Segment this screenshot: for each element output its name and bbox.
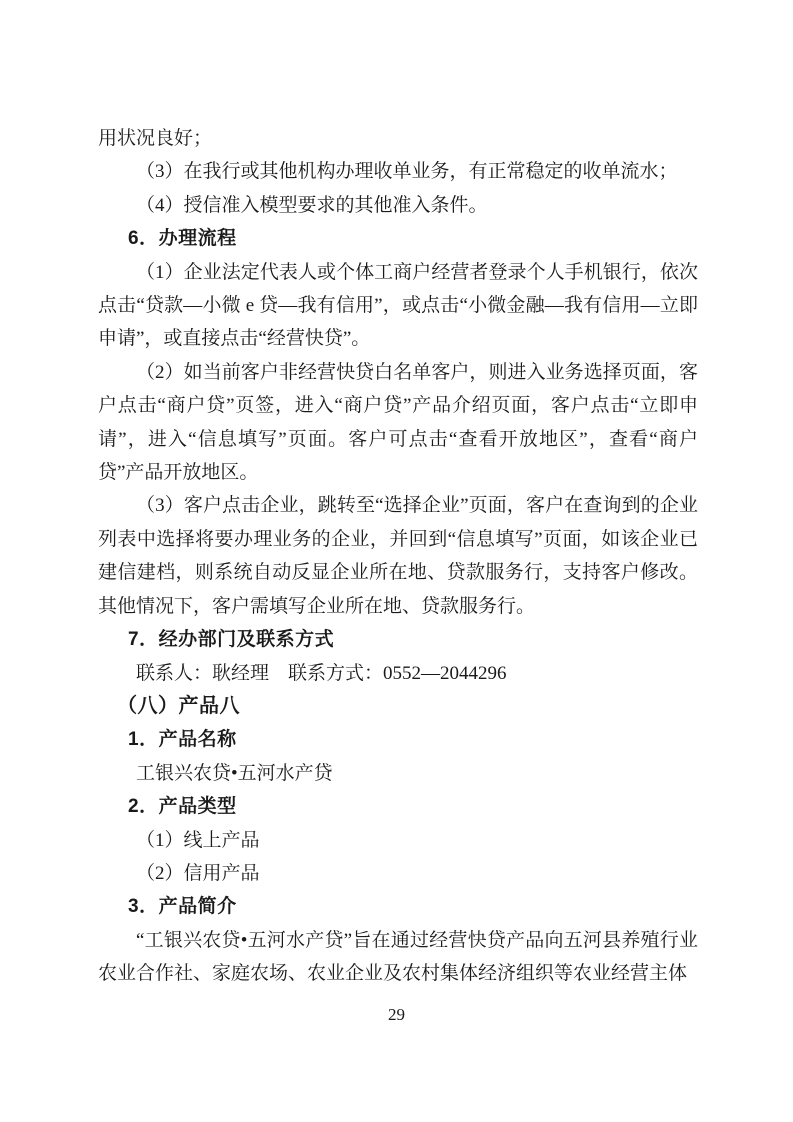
paragraph: （2）如当前客户非经营快贷白名单客户，则进入业务选择页面，客户点击“商户贷”页签… [98, 356, 698, 490]
section-heading: 2．产品类型 [98, 790, 698, 823]
paragraph: （1）企业法定代表人或个体工商户经营者登录个人手机银行，依次点击“贷款—小微 e… [98, 256, 698, 356]
page-number: 29 [0, 1003, 793, 1027]
section-heading: 1．产品名称 [98, 723, 698, 756]
paragraph: 工银兴农贷•五河水产贷 [98, 757, 698, 790]
section-heading: 3．产品简介 [98, 890, 698, 923]
paragraph: （4）授信准入模型要求的其他准入条件。 [98, 189, 698, 222]
document-body: 用状况良好；（3）在我行或其他机构办理收单业务，有正常稳定的收单流水；（4）授信… [98, 122, 698, 991]
section-heading: 7．经办部门及联系方式 [98, 623, 698, 656]
paragraph: （3）客户点击企业，跳转至“选择企业”页面，客户在查询到的企业列表中选择将要办理… [98, 489, 698, 623]
paragraph: （3）在我行或其他机构办理收单业务，有正常稳定的收单流水； [98, 155, 698, 188]
section-heading: 6．办理流程 [98, 222, 698, 255]
paragraph: 联系人：耿经理 联系方式：0552—2044296 [98, 657, 698, 690]
paragraph: （1）线上产品 [98, 824, 698, 857]
paragraph: 用状况良好； [98, 122, 698, 155]
paragraph: “工银兴农贷•五河水产贷”旨在通过经营快贷产品向五河县养殖行业农业合作社、家庭农… [98, 924, 698, 991]
paragraph: （2）信用产品 [98, 857, 698, 890]
section-heading: （八）产品八 [98, 690, 698, 723]
document-page: 用状况良好；（3）在我行或其他机构办理收单业务，有正常稳定的收单流水；（4）授信… [0, 0, 793, 1122]
